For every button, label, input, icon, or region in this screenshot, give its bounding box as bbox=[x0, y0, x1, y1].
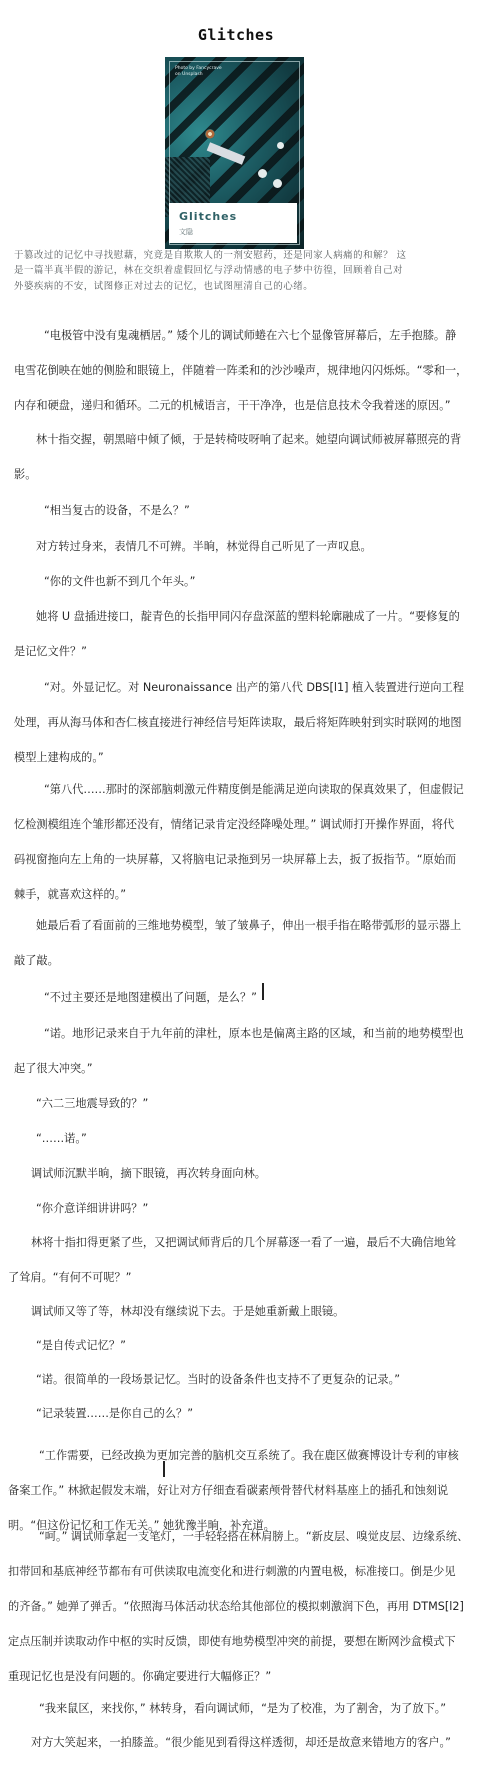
cover-author: 文隐 bbox=[179, 227, 193, 237]
paragraph-line: 敲了敲。 bbox=[14, 943, 464, 978]
story-paragraph: “不过主要还是地图建模出了问题，是么？” bbox=[14, 980, 464, 1015]
paragraph-line: “你的文件也新不到几个年头。” bbox=[14, 564, 464, 599]
paragraph-line: “电极管中没有鬼魂栖居。” 矮个儿的调试师蜷在六七个显像管屏幕后，左手抱膝。静 bbox=[14, 318, 464, 353]
paragraph-line: “对。外显记忆。对 Neuronaissance 出产的第八代 DBS[l1] … bbox=[14, 670, 464, 705]
paragraph-line: 模型上建构成的。” bbox=[14, 740, 464, 775]
paragraph-line: “诺。地形记录来自于九年前的津杜，原本也是偏离主路的区域，和当前的地势模型也 bbox=[14, 1016, 464, 1051]
summary-line: 是一篇半真半假的游记，林在交织着虚假回忆与浮动情感的电子梦中彷徨，回顾着自己对 bbox=[14, 263, 462, 278]
story-paragraph: “诺。地形记录来自于九年前的津杜，原本也是偏离主路的区域，和当前的地势模型也起了… bbox=[14, 1016, 464, 1086]
story-paragraph: “……诺。” bbox=[14, 1121, 464, 1156]
paragraph-line: “是自传式记忆？” bbox=[14, 1328, 464, 1363]
paragraph-line: 码视窗拖向左上角的一块屏幕，又将脑电记录拖到另一块屏幕上去，扳了扳指节。“原始而 bbox=[14, 842, 464, 877]
photo-credit-line: on Unsplash bbox=[175, 72, 235, 78]
story-paragraph: 她最后看了看面前的三维地势模型，皱了皱鼻子，伸出一根手指在略带弧形的显示器上敲了… bbox=[14, 908, 464, 978]
photo-credit: Photo by Fancycrave on Unsplash bbox=[175, 66, 235, 78]
paragraph-line: 起了很大冲突。” bbox=[14, 1051, 464, 1086]
story-paragraph: 调试师沉默半晌，摘下眼镜，再次转身面向林。 bbox=[14, 1156, 464, 1191]
paragraph-line: 是记忆文件？” bbox=[14, 634, 464, 669]
page-title: Glitches bbox=[0, 26, 472, 44]
paragraph-line: 调试师沉默半晌，摘下眼镜，再次转身面向林。 bbox=[14, 1156, 464, 1191]
paragraph-line: 扣带回和基底神经节都布有可供读取电流变化和进行刺激的内置电极，标准接口。倒是少见 bbox=[8, 1554, 464, 1589]
paragraph-line: 她最后看了看面前的三维地势模型，皱了皱鼻子，伸出一根手指在略带弧形的显示器上 bbox=[14, 908, 464, 943]
story-paragraph: 林十指交握，朝黑暗中倾了倾，于是转椅吱呀响了起来。她望向调试师被屏幕照亮的背影。 bbox=[14, 422, 464, 492]
story-paragraph: 她将 U 盘插进接口，靛青色的长指甲同闪存盘深蓝的塑料轮廓融成了一片。“要修复的… bbox=[14, 599, 464, 669]
paragraph-line: “……诺。” bbox=[14, 1121, 464, 1156]
story-paragraph: “你的文件也新不到几个年头。” bbox=[14, 564, 464, 599]
paragraph-line: 备案工作。” 林掀起假发末端，好让对方仔细查看碳素颅骨替代材料基座上的插孔和蚀刻… bbox=[8, 1473, 464, 1508]
paragraph-line: 对方大笑起来，一拍膝盖。“很少能见到看得这样透彻，却还是故意来错地方的客户。” bbox=[14, 1725, 464, 1760]
paragraph-line: 影。 bbox=[14, 457, 464, 492]
summary-line: 于篡改过的记忆中寻找慰藉，究竟是自欺欺人的一剂安慰药，还是同家人病痛的和解？ 这 bbox=[14, 248, 462, 263]
paragraph-line: 处理，再从海马体和杏仁核直接进行神经信号矩阵读取，最后将矩阵映射到实时联网的地图 bbox=[14, 705, 464, 740]
paragraph-line: “不过主要还是地图建模出了问题，是么？” bbox=[14, 980, 464, 1015]
story-paragraph: “六二三地震导致的？” bbox=[14, 1086, 464, 1121]
story-paragraph: 对方大笑起来，一拍膝盖。“很少能见到看得这样透彻，却还是故意来错地方的客户。” bbox=[14, 1725, 464, 1760]
story-paragraph: 林将十指扣得更紧了些，又把调试师背后的几个屏幕逐一看了一遍，最后不大确信地耸了耸… bbox=[14, 1225, 464, 1295]
summary-line: 外婆疾病的不安，试图修正对过去的记忆，也试图厘清自己的心绪。 bbox=[14, 279, 462, 294]
paragraph-line: “我来鼠区，来找你，” 林转身，看向调试师，“是为了校准，为了割舍，为了放下。” bbox=[14, 1691, 464, 1726]
story-summary: 于篡改过的记忆中寻找慰藉，究竟是自欺欺人的一剂安慰药，还是同家人病痛的和解？ 这… bbox=[14, 248, 462, 294]
paragraph-line: “工作需要，已经改换为更加完善的脑机交互系统了。我在鹿区做赛博设计专利的审核 bbox=[14, 1438, 464, 1473]
story-paragraph: “电极管中没有鬼魂栖居。” 矮个儿的调试师蜷在六七个显像管屏幕后，左手抱膝。静电… bbox=[14, 318, 464, 423]
paragraph-line: “第八代……那时的深部脑刺激元件精度倒是能满足逆向读取的保真效果了，但虚假记 bbox=[14, 772, 464, 807]
story-paragraph: “呵。” 调试师拿起一支笔灯，一手轻轻搭在林肩膀上。“新皮层、嗅觉皮层、边缘系统… bbox=[14, 1519, 464, 1694]
paragraph-line: 定点压制并读取动作中枢的实时反馈，即使有地势模型冲突的前提，要想在断网沙盒模式下 bbox=[8, 1624, 464, 1659]
story-paragraph: “你介意详细讲讲吗？” bbox=[14, 1191, 464, 1226]
paragraph-line: “相当复古的设备，不是么？” bbox=[14, 493, 464, 528]
paragraph-line: 林将十指扣得更紧了些，又把调试师背后的几个屏幕逐一看了一遍，最后不大确信地耸 bbox=[14, 1225, 464, 1260]
paragraph-line: 对方转过身来，表情几不可辨。半晌，林觉得自己听见了一声叹息。 bbox=[14, 529, 464, 564]
story-paragraph: 对方转过身来，表情几不可辨。半晌，林觉得自己听见了一声叹息。 bbox=[14, 529, 464, 564]
story-paragraph: “是自传式记忆？” bbox=[14, 1328, 464, 1363]
story-paragraph: “第八代……那时的深部脑刺激元件精度倒是能满足逆向读取的保真效果了，但虚假记忆检… bbox=[14, 772, 464, 912]
paragraph-line: 了耸肩。“有何不可呢？” bbox=[8, 1260, 464, 1295]
paragraph-line: 电雪花倒映在她的侧脸和眼镜上，伴随着一阵柔和的沙沙噪声，规律地闪闪烁烁。“零和一… bbox=[14, 353, 464, 388]
paragraph-line: 的齐备。” 她弹了弹舌。“依照海马体活动状态给其他部位的模拟刺激润下色，再用 D… bbox=[8, 1589, 464, 1624]
paragraph-line: “记录装置……是你自己的么？” bbox=[14, 1396, 464, 1431]
paragraph-line: “六二三地震导致的？” bbox=[14, 1086, 464, 1121]
paragraph-line: 调试师又等了等，林却没有继续说下去。于是她重新戴上眼镜。 bbox=[14, 1294, 464, 1329]
story-paragraph: “我来鼠区，来找你，” 林转身，看向调试师，“是为了校准，为了割舍，为了放下。” bbox=[14, 1691, 464, 1726]
cover-image: Photo by Fancycrave on Unsplash Glitches… bbox=[165, 57, 304, 249]
story-paragraph: 调试师又等了等，林却没有继续说下去。于是她重新戴上眼镜。 bbox=[14, 1294, 464, 1329]
paragraph-line: 重现记忆也是没有问题的。你确定要进行大幅修正？” bbox=[8, 1659, 464, 1694]
paragraph-line: 她将 U 盘插进接口，靛青色的长指甲同闪存盘深蓝的塑料轮廓融成了一片。“要修复的 bbox=[14, 599, 464, 634]
text-cursor bbox=[262, 983, 264, 1000]
story-paragraph: “对。外显记忆。对 Neuronaissance 出产的第八代 DBS[l1] … bbox=[14, 670, 464, 775]
text-cursor bbox=[163, 1461, 165, 1477]
paragraph-line: 忆检测模组连个雏形都还没有，情绪记录肯定没经降噪处理。” 调试师打开操作界面，将… bbox=[14, 807, 464, 842]
paragraph-line: 棘手，就喜欢这样的。” bbox=[14, 877, 464, 912]
cover-title: Glitches bbox=[179, 210, 237, 223]
paragraph-line: “你介意详细讲讲吗？” bbox=[14, 1191, 464, 1226]
cover-title-card: Glitches 文隐 bbox=[169, 203, 297, 243]
paragraph-line: “诺。很简单的一段场景记忆。当时的设备条件也支持不了更复杂的记录。” bbox=[14, 1362, 464, 1397]
paragraph-line: 林十指交握，朝黑暗中倾了倾，于是转椅吱呀响了起来。她望向调试师被屏幕照亮的背 bbox=[14, 422, 464, 457]
paragraph-line: “呵。” 调试师拿起一支笔灯，一手轻轻搭在林肩膀上。“新皮层、嗅觉皮层、边缘系统… bbox=[14, 1519, 464, 1554]
story-paragraph: “记录装置……是你自己的么？” bbox=[14, 1396, 464, 1431]
paragraph-line: 内存和硬盘，递归和循环。二元的机械语言，干干净净，也是信息技术令我着迷的原因。” bbox=[14, 388, 464, 423]
story-paragraph: “相当复古的设备，不是么？” bbox=[14, 493, 464, 528]
story-paragraph: “诺。很简单的一段场景记忆。当时的设备条件也支持不了更复杂的记录。” bbox=[14, 1362, 464, 1397]
